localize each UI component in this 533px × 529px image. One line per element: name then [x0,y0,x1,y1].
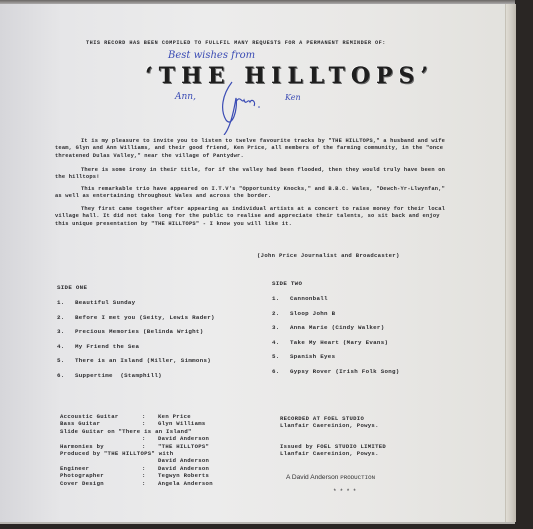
track-item: 2.Before I met you (Seity, Lewis Rader) [57,314,215,329]
credit-row: Engineer:David Anderson [60,465,213,472]
handwritten-name-ann: Ann, [175,92,196,102]
album-title: ‘THE HILLTOPS’ [145,63,434,89]
track-item: 5.There is an Island (Miller, Simmons) [57,357,215,372]
credit-row: Cover Design:Angela Anderson [60,480,213,487]
liner-paragraph-4: They first came together after appearing… [55,206,455,228]
personnel-credits: Accoustic Guitar:Ken Price Bass Guitar:G… [60,413,213,487]
credit-row: :David Anderson [60,435,213,442]
side-two-tracklist: SIDE TWO 1.Cannonball 2.Sloop John B 3.A… [272,280,400,383]
credit-row: Slide Guitar on "There is an Island" [60,428,213,435]
credit-row: Bass Guitar:Glyn Williams [60,420,213,427]
track-item: 6.Suppertime (Stamphill) [57,372,215,387]
decorative-stars: **** [333,488,359,495]
track-item: 2.Sloop John B [272,310,400,325]
issued-by: Issued by FOEL STUDIO LIMITED Llanfair C… [280,443,386,458]
track-item: 3.Anna Marie (Cindy Walker) [272,324,400,339]
credit-row: Photographer:Tegwyn Roberts [60,472,213,479]
credit-row: Produced by "THE HILLTOPS" with [60,450,213,457]
production-credit: A David Anderson PRODUCTION [286,474,375,481]
intro-line: THIS RECORD HAS BEEN COMPILED TO FULLFIL… [86,40,386,47]
sleeve-spine [505,4,516,522]
recorded-at: RECORDED AT FOEL STUDIO Llanfair Caerein… [280,415,379,430]
track-item: 1.Beautiful Sunday [57,299,215,314]
side-one-heading: SIDE ONE [57,284,215,291]
track-item: 5.Spanish Eyes [272,353,400,368]
handwritten-dedication: Best wishes from [168,50,255,61]
liner-notes-author: (John Price Journalist and Broadcaster) [257,252,400,259]
liner-paragraph-3: This remarkable trio have appeared on I.… [55,186,455,201]
track-item: 1.Cannonball [272,295,400,310]
credit-row: David Anderson [60,457,213,464]
credit-row: Accoustic Guitar:Ken Price [60,413,213,420]
track-item: 3.Precious Memories (Belinda Wright) [57,328,215,343]
track-item: 6.Gypsy Rover (Irish Folk Song) [272,368,400,383]
track-item: 4.Take My Heart (Mary Evans) [272,339,400,354]
credit-row: Harmonies by:"THE HILLTOPS" [60,443,213,450]
handwritten-name-ken: Ken [285,93,301,102]
side-one-tracklist: SIDE ONE 1.Beautiful Sunday 2.Before I m… [57,284,215,387]
liner-paragraph-1: It is my pleasure to invite you to liste… [55,138,455,160]
track-item: 4.My Friend the Sea [57,343,215,358]
side-two-heading: SIDE TWO [272,280,400,287]
liner-paragraph-2: There is some irony in their title, for … [55,167,455,182]
signature-glyn [212,80,272,135]
